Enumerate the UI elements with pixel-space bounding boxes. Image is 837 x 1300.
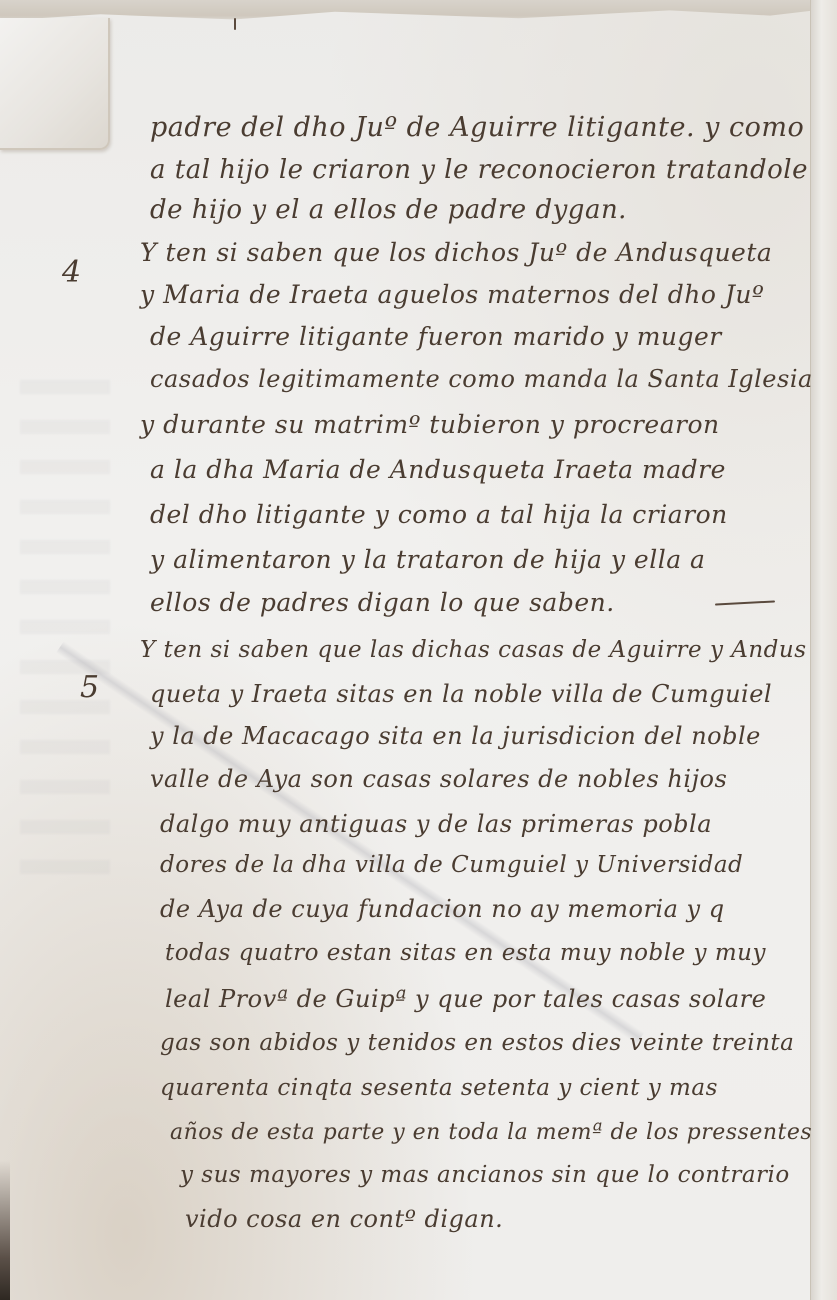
margin-number-4: 4: [62, 255, 81, 290]
text-line-5: y Maria de Iraeta aguelos maternos del d…: [140, 280, 764, 309]
text-line-7: casados legitimamente como manda la Sant…: [150, 365, 813, 393]
text-line-12: ellos de padres digan lo que saben.: [150, 588, 615, 617]
text-line-23: quarenta cinqta sesenta setenta y cient …: [160, 1075, 718, 1101]
text-line-22: gas son abidos y tenidos en estos dies v…: [160, 1030, 794, 1056]
line-end-flourish: [715, 600, 775, 605]
text-line-25: y sus mayores y mas ancianos sin que lo …: [180, 1162, 790, 1188]
manuscript-page: 4 5 padre del dho Juº de Aguirre litigan…: [0, 0, 837, 1300]
text-line-15: y la de Macacago sita en la jurisdicion …: [150, 722, 761, 750]
page-left-shadow: [0, 1160, 10, 1300]
margin-number-5: 5: [80, 670, 99, 705]
text-line-6: de Aguirre litigante fueron marido y mug…: [150, 322, 722, 351]
text-line-10: del dho litigante y como a tal hija la c…: [150, 500, 728, 529]
text-line-11: y alimentaron y la trataron de hija y el…: [150, 545, 705, 574]
text-line-20: todas quatro estan sitas en esta muy nob…: [165, 940, 766, 966]
text-line-14: queta y Iraeta sitas en la noble villa d…: [150, 680, 772, 708]
text-line-8: y durante su matrimº tubieron y procrear…: [140, 410, 720, 439]
page-right-edge: [810, 0, 837, 1300]
text-line-16: valle de Aya son casas solares de nobles…: [150, 765, 727, 793]
text-line-3: de hijo y el a ellos de padre dygan.: [150, 195, 627, 225]
folded-corner: [0, 18, 110, 150]
text-line-13: Y ten si saben que las dichas casas de A…: [140, 637, 807, 663]
text-line-9: a la dha Maria de Andusqueta Iraeta madr…: [150, 455, 726, 484]
text-line-21: leal Provª de Guipª y que por tales casa…: [165, 985, 766, 1013]
text-line-1: padre del dho Juº de Aguirre litigante. …: [150, 112, 804, 143]
text-line-19: de Aya de cuya fundacion no ay memoria y…: [160, 895, 725, 923]
text-line-26: vido cosa en contº digan.: [185, 1205, 503, 1233]
text-line-24: años de esta parte y en toda la memª de …: [170, 1120, 812, 1145]
text-line-2: a tal hijo le criaron y le reconocieron …: [150, 155, 808, 185]
ink-bleed-through: [20, 380, 110, 880]
text-line-4: Y ten si saben que los dichos Juº de And…: [140, 238, 772, 267]
text-line-18: dores de la dha villa de Cumguiel y Univ…: [160, 852, 743, 878]
text-line-17: dalgo muy antiguas y de las primeras pob…: [160, 810, 712, 838]
torn-top-edge: [0, 0, 837, 26]
ink-mark: [234, 18, 236, 30]
